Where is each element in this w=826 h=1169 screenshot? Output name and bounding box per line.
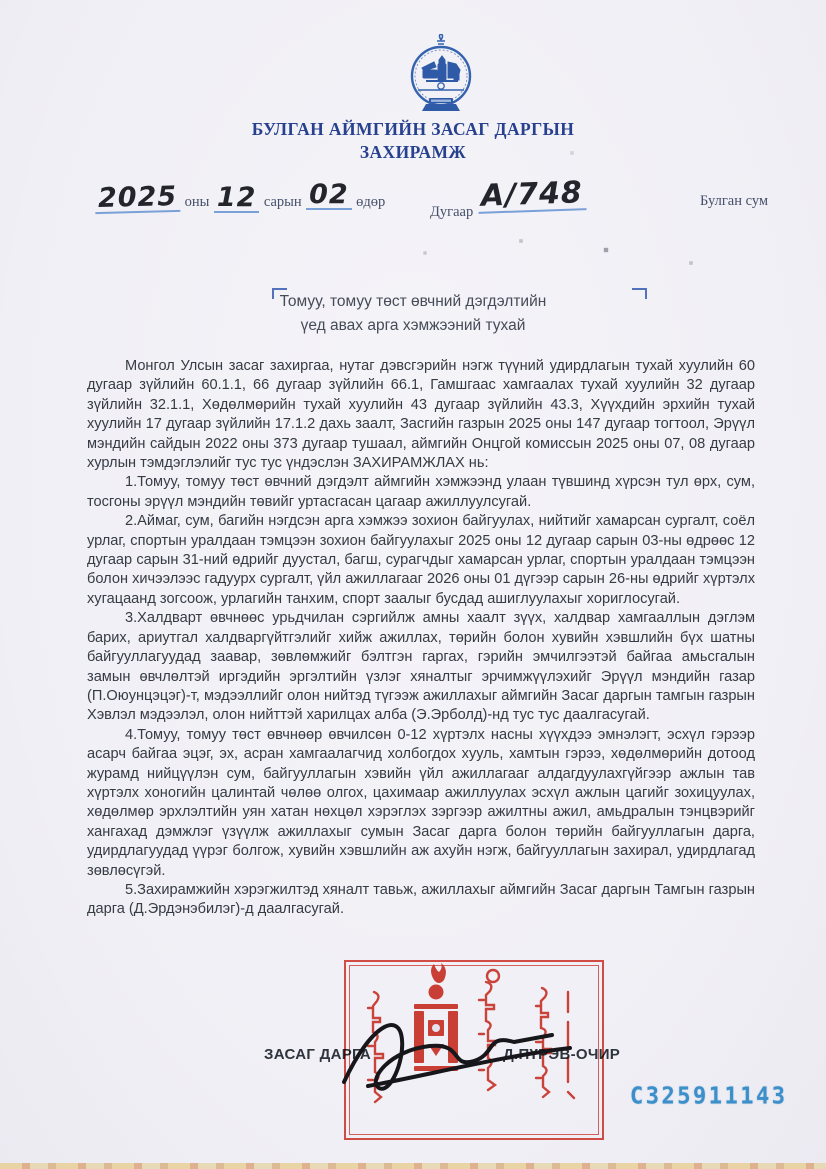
handwritten-day: 02 [309, 179, 349, 210]
subject-line1: Томуу, томуу төст өвчний дэгдэлтийн [0, 290, 826, 314]
scan-specks [0, 0, 2, 2]
subject-line2: үед авах арга хэмжээний тухай [0, 314, 826, 338]
org-title-line2: ЗАХИРАМЖ [0, 141, 826, 164]
clause-2-paragraph: 2.Аймаг, сум, багийн нэгдсэн арга хэмжээ… [87, 512, 755, 609]
clause-1-paragraph: 1.Томуу, томуу төст өвчний дэгдэлт аймги… [87, 473, 755, 512]
date-number-row: 2025 оны 12 сарын 02 өдөр Дугаар А/748 Б… [0, 178, 826, 228]
location-label: Булган сум [700, 193, 768, 209]
clause-5-paragraph: 5.Захирамжийн хэрэгжилтэд хяналт тавьж, … [87, 881, 755, 920]
decree-body-text: Монгол Улсын засаг захиргаа, нутаг дэвсг… [87, 357, 755, 920]
serial-number-stamp: С325911143 [630, 1083, 787, 1109]
clause-4-paragraph: 4.Томуу, томуу төст өвчнөөр өвчилсөн 0-1… [87, 726, 755, 881]
year-label: оны [185, 194, 210, 210]
decree-number-field: Дугаар А/748 [430, 180, 585, 212]
handwritten-month: 12 [217, 182, 257, 213]
day-label: өдөр [356, 194, 385, 210]
corner-bracket-left-icon [272, 288, 287, 299]
org-title-line1: БУЛГАН АЙМГИЙН ЗАСАГ ДАРГЫН [0, 118, 826, 141]
number-label: Дугаар [430, 204, 473, 220]
clause-3-paragraph: 3.Халдварт өвчнөөс урьдчилан сэргийлж ам… [87, 609, 755, 725]
scanned-decree-document: БУЛГАН АЙМГИЙН ЗАСАГ ДАРГЫН ЗАХИРАМЖ 202… [0, 0, 826, 1169]
handwritten-year: 2025 [98, 181, 178, 214]
signature-ink [338, 1004, 583, 1102]
preamble-paragraph: Монгол Улсын засаг захиргаа, нутаг дэвсг… [87, 357, 755, 473]
corner-bracket-right-icon [632, 288, 647, 299]
bulgan-aimag-emblem-icon [396, 34, 486, 122]
handwritten-decree-number: А/748 [480, 175, 583, 214]
document-org-title: БУЛГАН АЙМГИЙН ЗАСАГ ДАРГЫН ЗАХИРАМЖ [0, 118, 826, 164]
scan-bottom-edge [0, 1163, 826, 1169]
date-fields: 2025 оны 12 сарын 02 өдөр [95, 184, 385, 213]
document-subject: Томуу, томуу төст өвчний дэгдэлтийн үед … [0, 290, 826, 338]
month-label: сарын [264, 194, 302, 210]
